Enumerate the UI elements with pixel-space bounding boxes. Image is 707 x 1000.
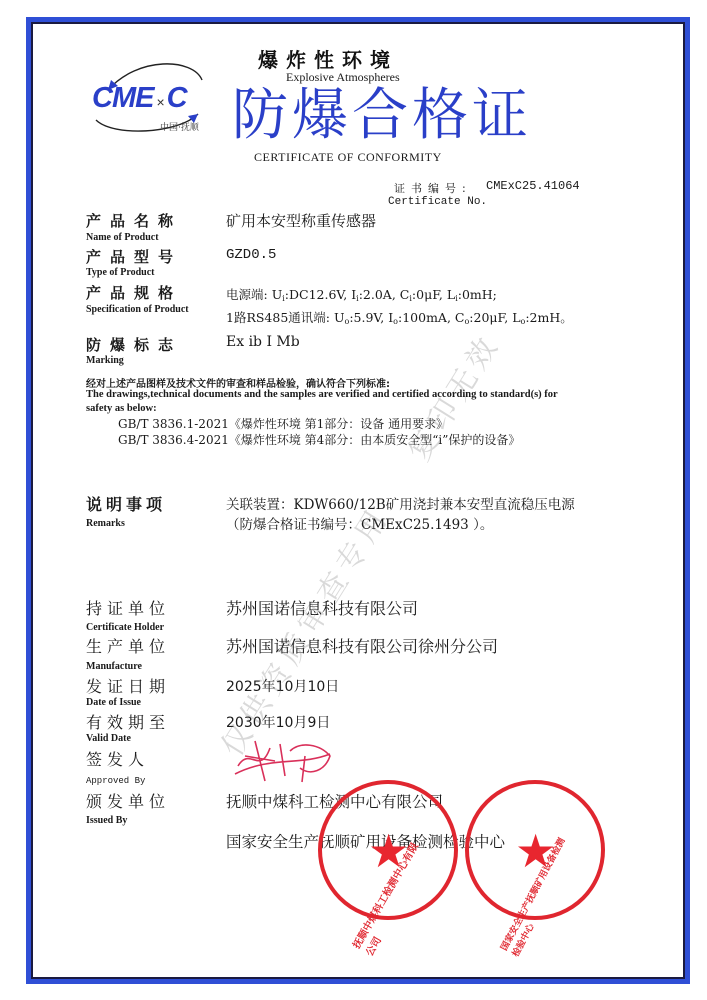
specification-line-1: 电源端: Ui:DC12.6V, Ii:2.0A, Ci:0μF, Li:0mH… [226,285,497,303]
marking-value: Ex ib I Mb [226,334,300,350]
marking-label-en: Marking [86,355,124,366]
standards-intro-cn: 经对上述产品图样及技术文件的审查和样品检验，确认符合下列标准: [86,375,390,390]
valid-date-label: 有效期至 [86,710,170,733]
certificate-no-value: CMExC25.41064 [486,179,580,193]
valid-date-label-en: Valid Date [86,733,131,744]
issued-by-label-en: Issued By [86,815,127,826]
standard-item: GB/T 3836.4-2021《爆炸性环境 第4部分：由本质安全型“i”保护的… [118,431,520,448]
marking-label: 防爆标志 [86,334,182,355]
product-type-value: GZD0.5 [226,247,276,263]
standard-item: GB/T 3836.1-2021《爆炸性环境 第1部分：设备 通用要求》 [118,415,448,432]
remarks-label: 说明事项 [86,492,166,515]
specification-label: 产品规格 [86,282,182,303]
issued-by-label: 颁发单位 [86,789,170,812]
cmexc-logo: CME×C 中国·抚顺 [88,62,223,140]
title-certificate-of-conformity: CERTIFICATE OF CONFORMITY [254,150,442,165]
official-seal-1: ★ 抚顺中煤科工检测中心有限公司 [318,780,458,920]
approved-by-label: 签发人 [86,747,149,770]
product-name-value: 矿用本安型称重传感器 [226,210,376,231]
issue-date-label-en: Date of Issue [86,697,141,708]
standards-intro-en-2: safety as below: [86,403,157,414]
certificate-no-label-cn: 证书编号: [394,180,472,196]
specification-line-2: 1路RS485通讯端: Uo:5.9V, Io:100mA, Co:20μF, … [226,308,573,326]
product-type-label-en: Type of Product [86,267,155,278]
product-type-label: 产品型号 [86,246,182,267]
remarks-label-en: Remarks [86,518,125,529]
logo-subtitle: 中国·抚顺 [160,120,199,133]
manufacturer-label: 生产单位 [86,634,170,657]
page-title: 防爆合格证 [232,84,532,148]
specification-label-en: Specification of Product [86,304,189,315]
issue-date-label: 发证日期 [86,674,170,697]
standards-intro-en-1: The drawings,technical documents and the… [86,389,558,400]
remarks-line-1: 关联装置：KDW660/12B矿用浇封兼本安型直流稳压电源 [226,493,575,513]
product-name-label: 产品名称 [86,210,182,231]
holder-label-en: Certificate Holder [86,622,164,633]
approved-by-label-en: Approved By [86,776,145,786]
official-seal-2: ★ 国家安全生产抚顺矿用设备检测检验中心 [465,780,605,920]
holder-label: 持证单位 [86,596,170,619]
title-explosive-atmospheres-cn: 爆炸性环境 [258,44,398,73]
manufacturer-label-en: Manufacture [86,661,142,672]
certificate-no-label-en: Certificate No. [388,196,487,208]
product-name-label-en: Name of Product [86,232,159,243]
